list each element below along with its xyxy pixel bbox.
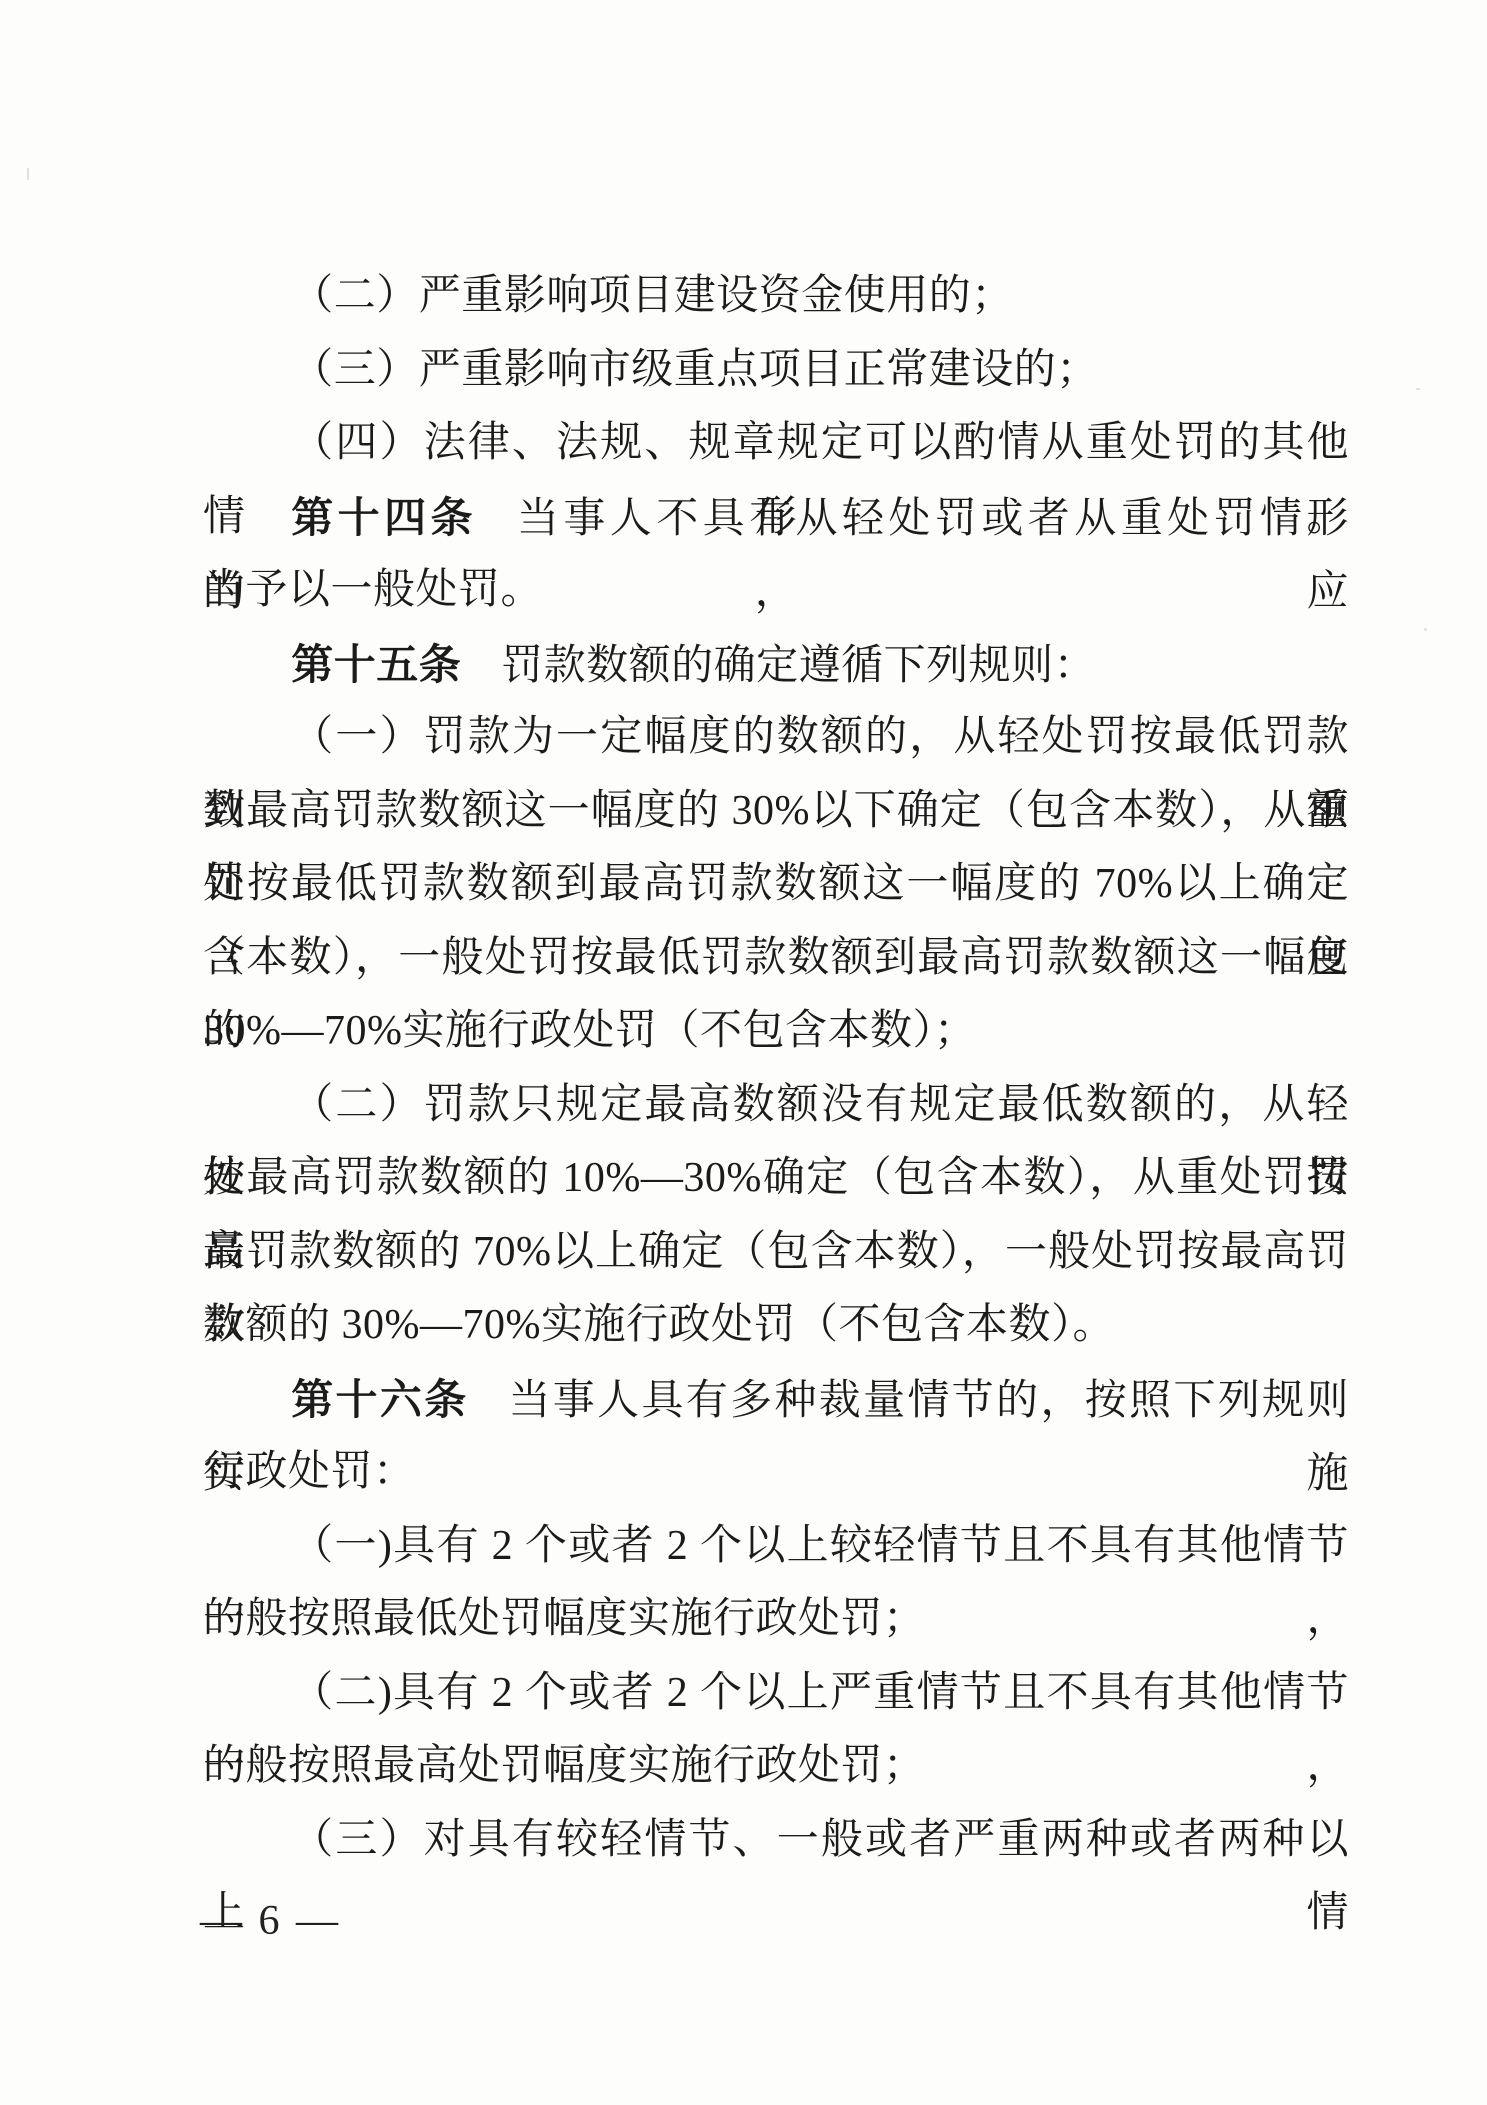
text-line: （四）法律、法规、规章规定可以酌情从重处罚的其他情形。 <box>203 407 1349 481</box>
line-text: 一般按照最低处罚幅度实施行政处罚； <box>203 1596 926 1642</box>
line-text: （三）对具有较轻情节、一般或者严重两种或者两种以上情 <box>203 1817 1349 1937</box>
text-line: 数额的 30%—70%实施行政处罚（不包含本数）。 <box>203 1289 1349 1363</box>
scan-artifact <box>27 168 29 180</box>
text-line: （一)具有 2 个或者 2 个以上较轻情节且不具有其他情节的， <box>203 1510 1349 1584</box>
document-body: （二）严重影响项目建设资金使用的；（三）严重影响市级重点项目正常建设的；（四）法… <box>203 260 1349 1877</box>
scan-artifact <box>1416 388 1420 390</box>
text-line: （二)具有 2 个或者 2 个以上严重情节且不具有其他情节的， <box>203 1657 1349 1731</box>
article-number: 第十六条 <box>291 1376 468 1423</box>
line-text: （二）严重影响项目建设资金使用的； <box>291 273 1014 319</box>
text-line: （三）严重影响市级重点项目正常建设的； <box>203 334 1349 408</box>
text-line: 30%—70%实施行政处罚（不包含本数）； <box>203 995 1349 1069</box>
text-line: （二）罚款只规定最高数额没有规定最低数额的，从轻处罚 <box>203 1069 1349 1143</box>
line-text: （三）严重影响市级重点项目正常建设的； <box>291 347 1099 393</box>
article-number: 第十五条 <box>291 641 461 688</box>
scan-artifact <box>1424 628 1427 631</box>
text-line: 到最高罚款数额这一幅度的 30%以下确定（包含本数），从重处 <box>203 775 1349 849</box>
text-line: （三）对具有较轻情节、一般或者严重两种或者两种以上情 <box>203 1804 1349 1878</box>
text-line: 第十六条当事人具有多种裁量情节的，按照下列规则实施 <box>203 1363 1349 1437</box>
article-number: 第十四条 <box>291 494 477 541</box>
line-text: 一般按照最高处罚幅度实施行政处罚； <box>203 1743 926 1789</box>
text-line: （二）严重影响项目建设资金使用的； <box>203 260 1349 334</box>
line-text: 数额的 30%—70%实施行政处罚（不包含本数）。 <box>203 1302 1115 1348</box>
line-text: 30%—70%实施行政处罚（不包含本数）； <box>203 1008 976 1054</box>
page-number: — 6 — <box>200 1898 341 1944</box>
document-page: （二）严重影响项目建设资金使用的；（三）严重影响市级重点项目正常建设的；（四）法… <box>0 0 1487 2105</box>
article-text: 罚款数额的确定遵循下列规则： <box>501 643 1096 689</box>
line-text: 当予以一般处罚。 <box>203 567 543 613</box>
line-text: 行政处罚： <box>203 1449 416 1495</box>
text-line: 含本数），一般处罚按最低罚款数额到最高罚款数额这一幅度的 <box>203 922 1349 996</box>
text-line: 第十五条罚款数额的确定遵循下列规则： <box>203 628 1349 702</box>
text-line: 第十四条当事人不具有从轻处罚或者从重处罚情形的，应 <box>203 481 1349 555</box>
text-line: （一）罚款为一定幅度的数额的，从轻处罚按最低罚款数额 <box>203 701 1349 775</box>
text-line: 按最高罚款数额的 10%—30%确定（包含本数），从重处罚按最 <box>203 1142 1349 1216</box>
text-line: 高罚款数额的 70%以上确定（包含本数），一般处罚按最高罚款 <box>203 1216 1349 1290</box>
text-line: 罚按最低罚款数额到最高罚款数额这一幅度的 70%以上确定（包 <box>203 848 1349 922</box>
